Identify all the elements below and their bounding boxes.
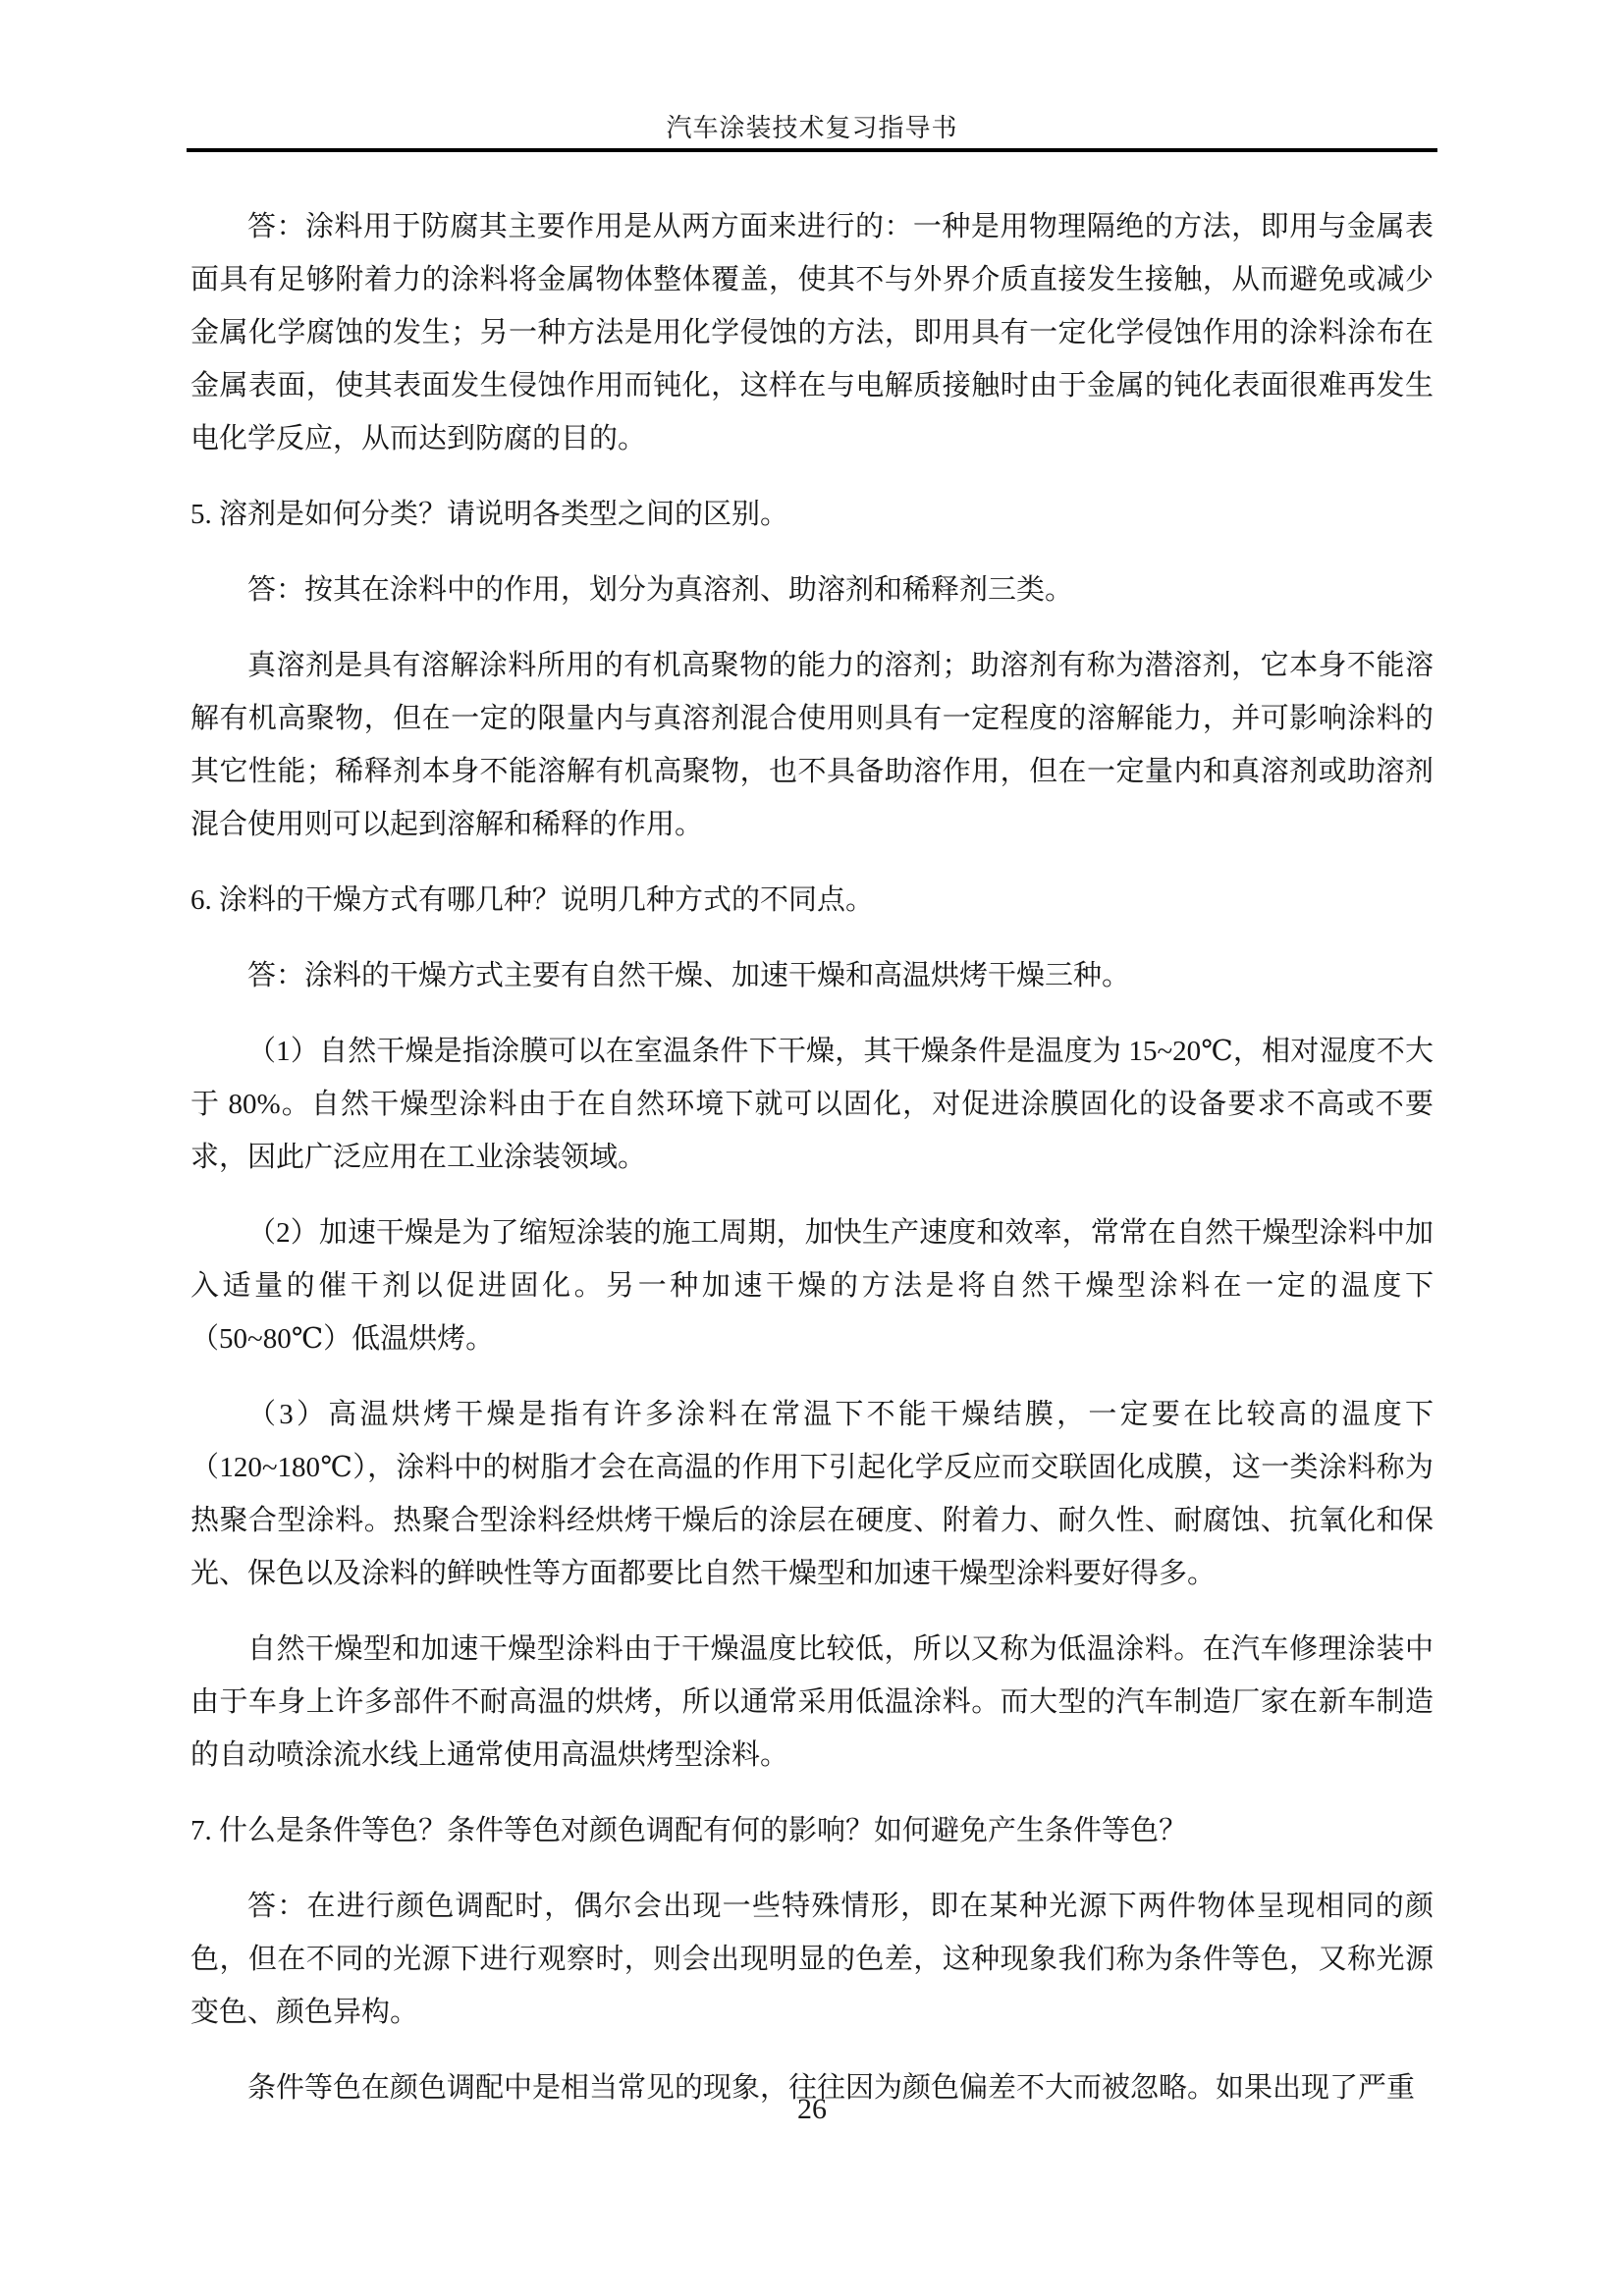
page-footer: 26 [0, 2093, 1624, 2126]
paragraph-question: 6. 涂料的干燥方式有哪几种？说明几种方式的不同点。 [190, 874, 1434, 927]
paragraph-answer: 答：涂料用于防腐其主要作用是从两方面来进行的：一种是用物理隔绝的方法，即用与金属… [190, 200, 1434, 465]
page-number: 26 [797, 2093, 827, 2125]
paragraph-answer: （1）自然干燥是指涂膜可以在室温条件下干燥，其干燥条件是温度为 15~20℃，相… [190, 1025, 1434, 1184]
paragraph-answer: （2）加速干燥是为了缩短涂装的施工周期，加快生产速度和效率，常常在自然干燥型涂料… [190, 1206, 1434, 1365]
paragraph-answer: 答：涂料的干燥方式主要有自然干燥、加速干燥和高温烘烤干燥三种。 [190, 949, 1434, 1002]
document-page: 汽车涂装技术复习指导书 答：涂料用于防腐其主要作用是从两方面来进行的：一种是用物… [0, 0, 1624, 2296]
header-title: 汽车涂装技术复习指导书 [0, 112, 1624, 145]
paragraph-answer: 答：按其在涂料中的作用，划分为真溶剂、助溶剂和稀释剂三类。 [190, 563, 1434, 616]
paragraph-answer: 自然干燥型和加速干燥型涂料由于干燥温度比较低，所以又称为低温涂料。在汽车修理涂装… [190, 1623, 1434, 1782]
paragraph-answer: （3）高温烘烤干燥是指有许多涂料在常温下不能干燥结膜，一定要在比较高的温度下（1… [190, 1388, 1434, 1600]
paragraph-question: 7. 什么是条件等色？条件等色对颜色调配有何的影响？如何避免产生条件等色？ [190, 1804, 1434, 1857]
paragraph-question: 5. 溶剂是如何分类？请说明各类型之间的区别。 [190, 488, 1434, 541]
paragraph-answer: 答：在进行颜色调配时，偶尔会出现一些特殊情形，即在某种光源下两件物体呈现相同的颜… [190, 1880, 1434, 2039]
paragraph-answer: 真溶剂是具有溶解涂料所用的有机高聚物的能力的溶剂；助溶剂有称为潜溶剂，它本身不能… [190, 639, 1434, 851]
document-body: 答：涂料用于防腐其主要作用是从两方面来进行的：一种是用物理隔绝的方法，即用与金属… [190, 154, 1434, 2114]
header-rule [187, 148, 1437, 152]
